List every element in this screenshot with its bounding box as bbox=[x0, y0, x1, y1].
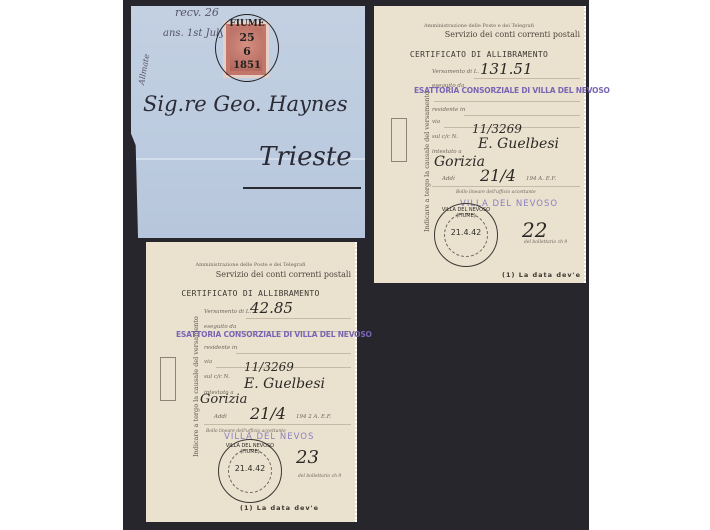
date-label: Addì bbox=[214, 414, 227, 420]
destination-city: Trieste bbox=[259, 142, 352, 172]
resident-label: residente in bbox=[432, 107, 465, 113]
resident-label: residente in bbox=[204, 345, 237, 351]
office-stamp-label: Bollo lineare dell'ufficio accettante bbox=[456, 190, 536, 195]
amount-label: Versamento di L. bbox=[432, 69, 479, 75]
postmark-villa-del-nevoso: VILLA DEL NEVOSO (FIUME) 21.4.42 bbox=[218, 439, 282, 503]
certificate-title: CERTIFICATO DI ALLIBRAMENTO bbox=[146, 289, 355, 298]
date-value: 21/4 bbox=[480, 166, 516, 185]
administration-header: Amministrazione delle Poste e dei Telegr… bbox=[146, 262, 355, 268]
postmark-villa-del-nevoso: VILLA DEL NEVOSO (FIUME) 21.4.42 bbox=[434, 203, 498, 267]
form-number-box bbox=[160, 357, 176, 401]
footer-note: (1) La data dev'e bbox=[502, 271, 581, 279]
via-label: via bbox=[204, 359, 212, 365]
date-value: 21/4 bbox=[250, 404, 286, 423]
account-number: 11/3269 bbox=[244, 360, 294, 374]
certificate-title: CERTIFICATO DI ALLIBRAMENTO bbox=[374, 50, 584, 59]
clerk-label: del bollettario ch 9 bbox=[524, 240, 567, 245]
year-suffix: 194 A. E.F. bbox=[526, 176, 556, 182]
via-label: via bbox=[432, 119, 440, 125]
clerk-number: 22 bbox=[522, 218, 547, 242]
amount-label: Versamento di L. bbox=[204, 309, 251, 315]
postmark-fiume: FIUME 25 6 1851 bbox=[215, 14, 279, 82]
amount-value: 42.85 bbox=[250, 299, 293, 317]
service-header: Servizio dei conti correnti postali bbox=[146, 270, 351, 279]
city-underline bbox=[243, 187, 361, 189]
clerk-number: 23 bbox=[296, 447, 319, 468]
addressee: Sig.re Geo. Haynes bbox=[143, 92, 348, 116]
holder-name: E. Guelbesi bbox=[478, 136, 559, 152]
certificate-top-right: Amministrazione delle Poste e dei Telegr… bbox=[374, 6, 586, 283]
form-number-box bbox=[391, 118, 407, 162]
certificate-bottom: Amministrazione delle Poste e dei Telegr… bbox=[146, 242, 357, 522]
folded-letter-cover: recv. 26 ans. 1st July Allmate FIUME 25 … bbox=[131, 6, 365, 238]
account-label: sul c/c N. bbox=[432, 134, 458, 140]
payer-stamp: ESATTORIA CONSORZIALE DI VILLA DEL NEVOS… bbox=[176, 330, 372, 339]
holder-name: E. Guelbesi bbox=[244, 376, 325, 392]
note-side: Allmate bbox=[137, 53, 151, 85]
side-instruction: Indicare a tergo la causale del versamen… bbox=[423, 91, 431, 232]
side-instruction: Indicare a tergo la causale del versamen… bbox=[192, 316, 200, 457]
footer-note: (1) La data dev'e bbox=[240, 504, 319, 512]
holder-city: Gorizia bbox=[434, 154, 485, 170]
holder-city: Gorizia bbox=[200, 392, 247, 407]
service-header: Servizio dei conti correnti postali bbox=[374, 30, 580, 39]
date-label: Addì bbox=[442, 176, 455, 182]
note-received: recv. 26 bbox=[175, 6, 219, 19]
year-suffix: 194 2 A. E.F. bbox=[296, 414, 331, 420]
payer-stamp: ESATTORIA CONSORZIALE DI VILLA DEL NEVOS… bbox=[414, 86, 610, 95]
clerk-label: del bollettario ch 9 bbox=[298, 474, 341, 479]
account-number: 11/3269 bbox=[472, 122, 522, 136]
amount-value: 131.51 bbox=[480, 60, 533, 78]
administration-header: Amministrazione delle Poste e dei Telegr… bbox=[374, 23, 584, 29]
account-label: sul c/c N. bbox=[204, 374, 230, 380]
